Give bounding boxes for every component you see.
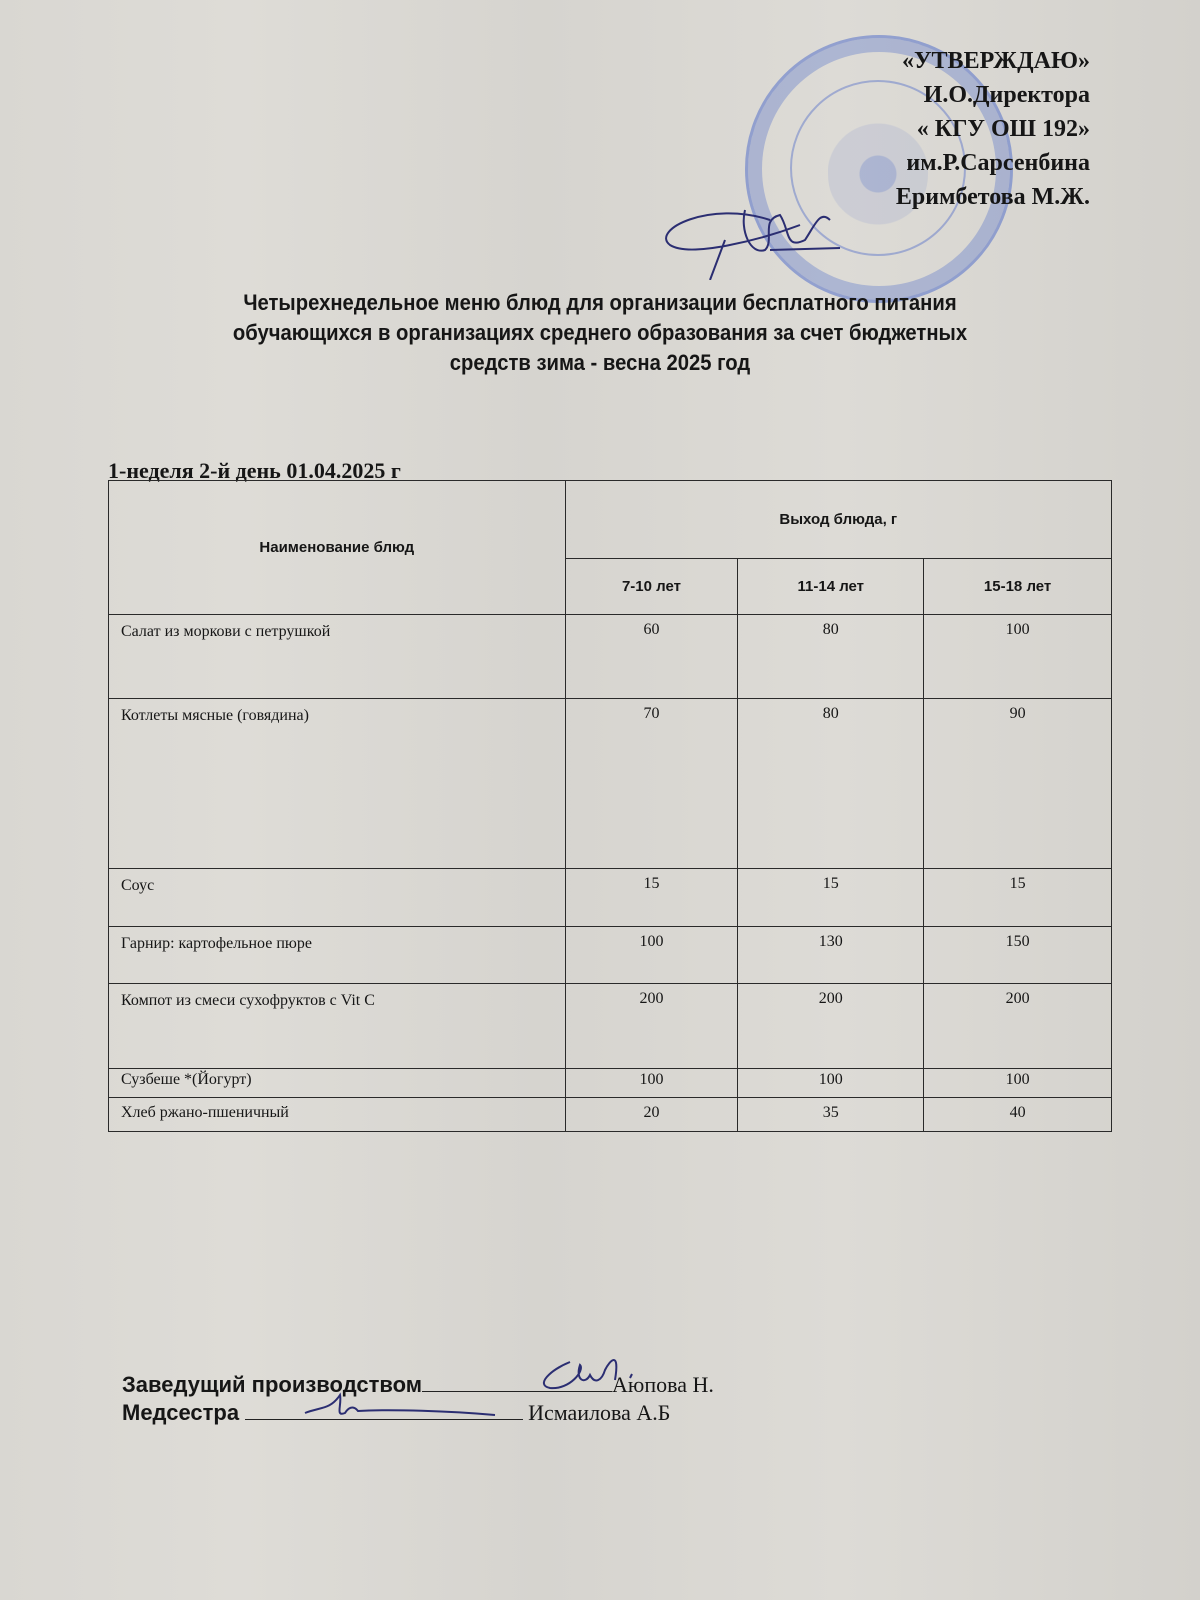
yield-7-10: 70 — [565, 699, 738, 869]
yield-15-18: 200 — [924, 984, 1112, 1069]
approval-organization: « КГУ ОШ 192» — [896, 112, 1090, 146]
nurse-signature — [300, 1385, 500, 1425]
nurse-label: Медсестра — [122, 1400, 239, 1425]
approval-block: «УТВЕРЖДАЮ» И.О.Директора « КГУ ОШ 192» … — [896, 44, 1090, 214]
header-dish-name: Наименование блюд — [109, 481, 566, 615]
dish-name: Котлеты мясные (говядина) — [109, 699, 566, 869]
menu-table: Наименование блюд Выход блюда, г 7-10 ле… — [108, 480, 1112, 1132]
yield-11-14: 15 — [738, 869, 924, 927]
title-line: Четырехнедельное меню блюд для организац… — [140, 288, 1060, 318]
header-age-11-14: 11-14 лет — [738, 559, 924, 615]
yield-11-14: 100 — [738, 1069, 924, 1098]
dish-name: Сузбеше *(Йогурт) — [109, 1069, 566, 1098]
yield-11-14: 200 — [738, 984, 924, 1069]
yield-15-18: 40 — [924, 1098, 1112, 1132]
yield-7-10: 60 — [565, 615, 738, 699]
header-age-7-10: 7-10 лет — [565, 559, 738, 615]
document-title: Четырехнедельное меню блюд для организац… — [140, 288, 1060, 378]
table-row: Котлеты мясные (говядина) 70 80 90 — [109, 699, 1112, 869]
yield-7-10: 200 — [565, 984, 738, 1069]
table-row: Компот из смеси сухофруктов с Vit C 200 … — [109, 984, 1112, 1069]
title-line: средств зима - весна 2025 год — [140, 348, 1060, 378]
production-signature — [530, 1350, 650, 1400]
yield-7-10: 100 — [565, 927, 738, 984]
yield-7-10: 100 — [565, 1069, 738, 1098]
yield-15-18: 150 — [924, 927, 1112, 984]
header-yield: Выход блюда, г — [565, 481, 1111, 559]
yield-11-14: 80 — [738, 615, 924, 699]
yield-7-10: 20 — [565, 1098, 738, 1132]
yield-11-14: 130 — [738, 927, 924, 984]
table-row: Сузбеше *(Йогурт) 100 100 100 — [109, 1069, 1112, 1098]
title-line: обучающихся в организациях среднего обра… — [140, 318, 1060, 348]
yield-15-18: 100 — [924, 1069, 1112, 1098]
director-signature — [650, 180, 870, 280]
yield-15-18: 90 — [924, 699, 1112, 869]
header-age-15-18: 15-18 лет — [924, 559, 1112, 615]
yield-15-18: 15 — [924, 869, 1112, 927]
table-row: Соус 15 15 15 — [109, 869, 1112, 927]
dish-name: Хлеб ржано-пшеничный — [109, 1098, 566, 1132]
nurse-name: Исмаилова А.Б — [528, 1400, 670, 1425]
dish-name: Гарнир: картофельное пюре — [109, 927, 566, 984]
approval-person: Еримбетова М.Ж. — [896, 180, 1090, 214]
approval-organization-name: им.Р.Сарсенбина — [896, 146, 1090, 180]
table-row: Хлеб ржано-пшеничный 20 35 40 — [109, 1098, 1112, 1132]
dish-name: Соус — [109, 869, 566, 927]
yield-11-14: 80 — [738, 699, 924, 869]
dish-name: Компот из смеси сухофруктов с Vit C — [109, 984, 566, 1069]
yield-7-10: 15 — [565, 869, 738, 927]
approval-position: И.О.Директора — [896, 78, 1090, 112]
table-row: Салат из моркови с петрушкой 60 80 100 — [109, 615, 1112, 699]
dish-name: Салат из моркови с петрушкой — [109, 615, 566, 699]
yield-15-18: 100 — [924, 615, 1112, 699]
yield-11-14: 35 — [738, 1098, 924, 1132]
approval-heading: «УТВЕРЖДАЮ» — [896, 44, 1090, 78]
table-row: Гарнир: картофельное пюре 100 130 150 — [109, 927, 1112, 984]
